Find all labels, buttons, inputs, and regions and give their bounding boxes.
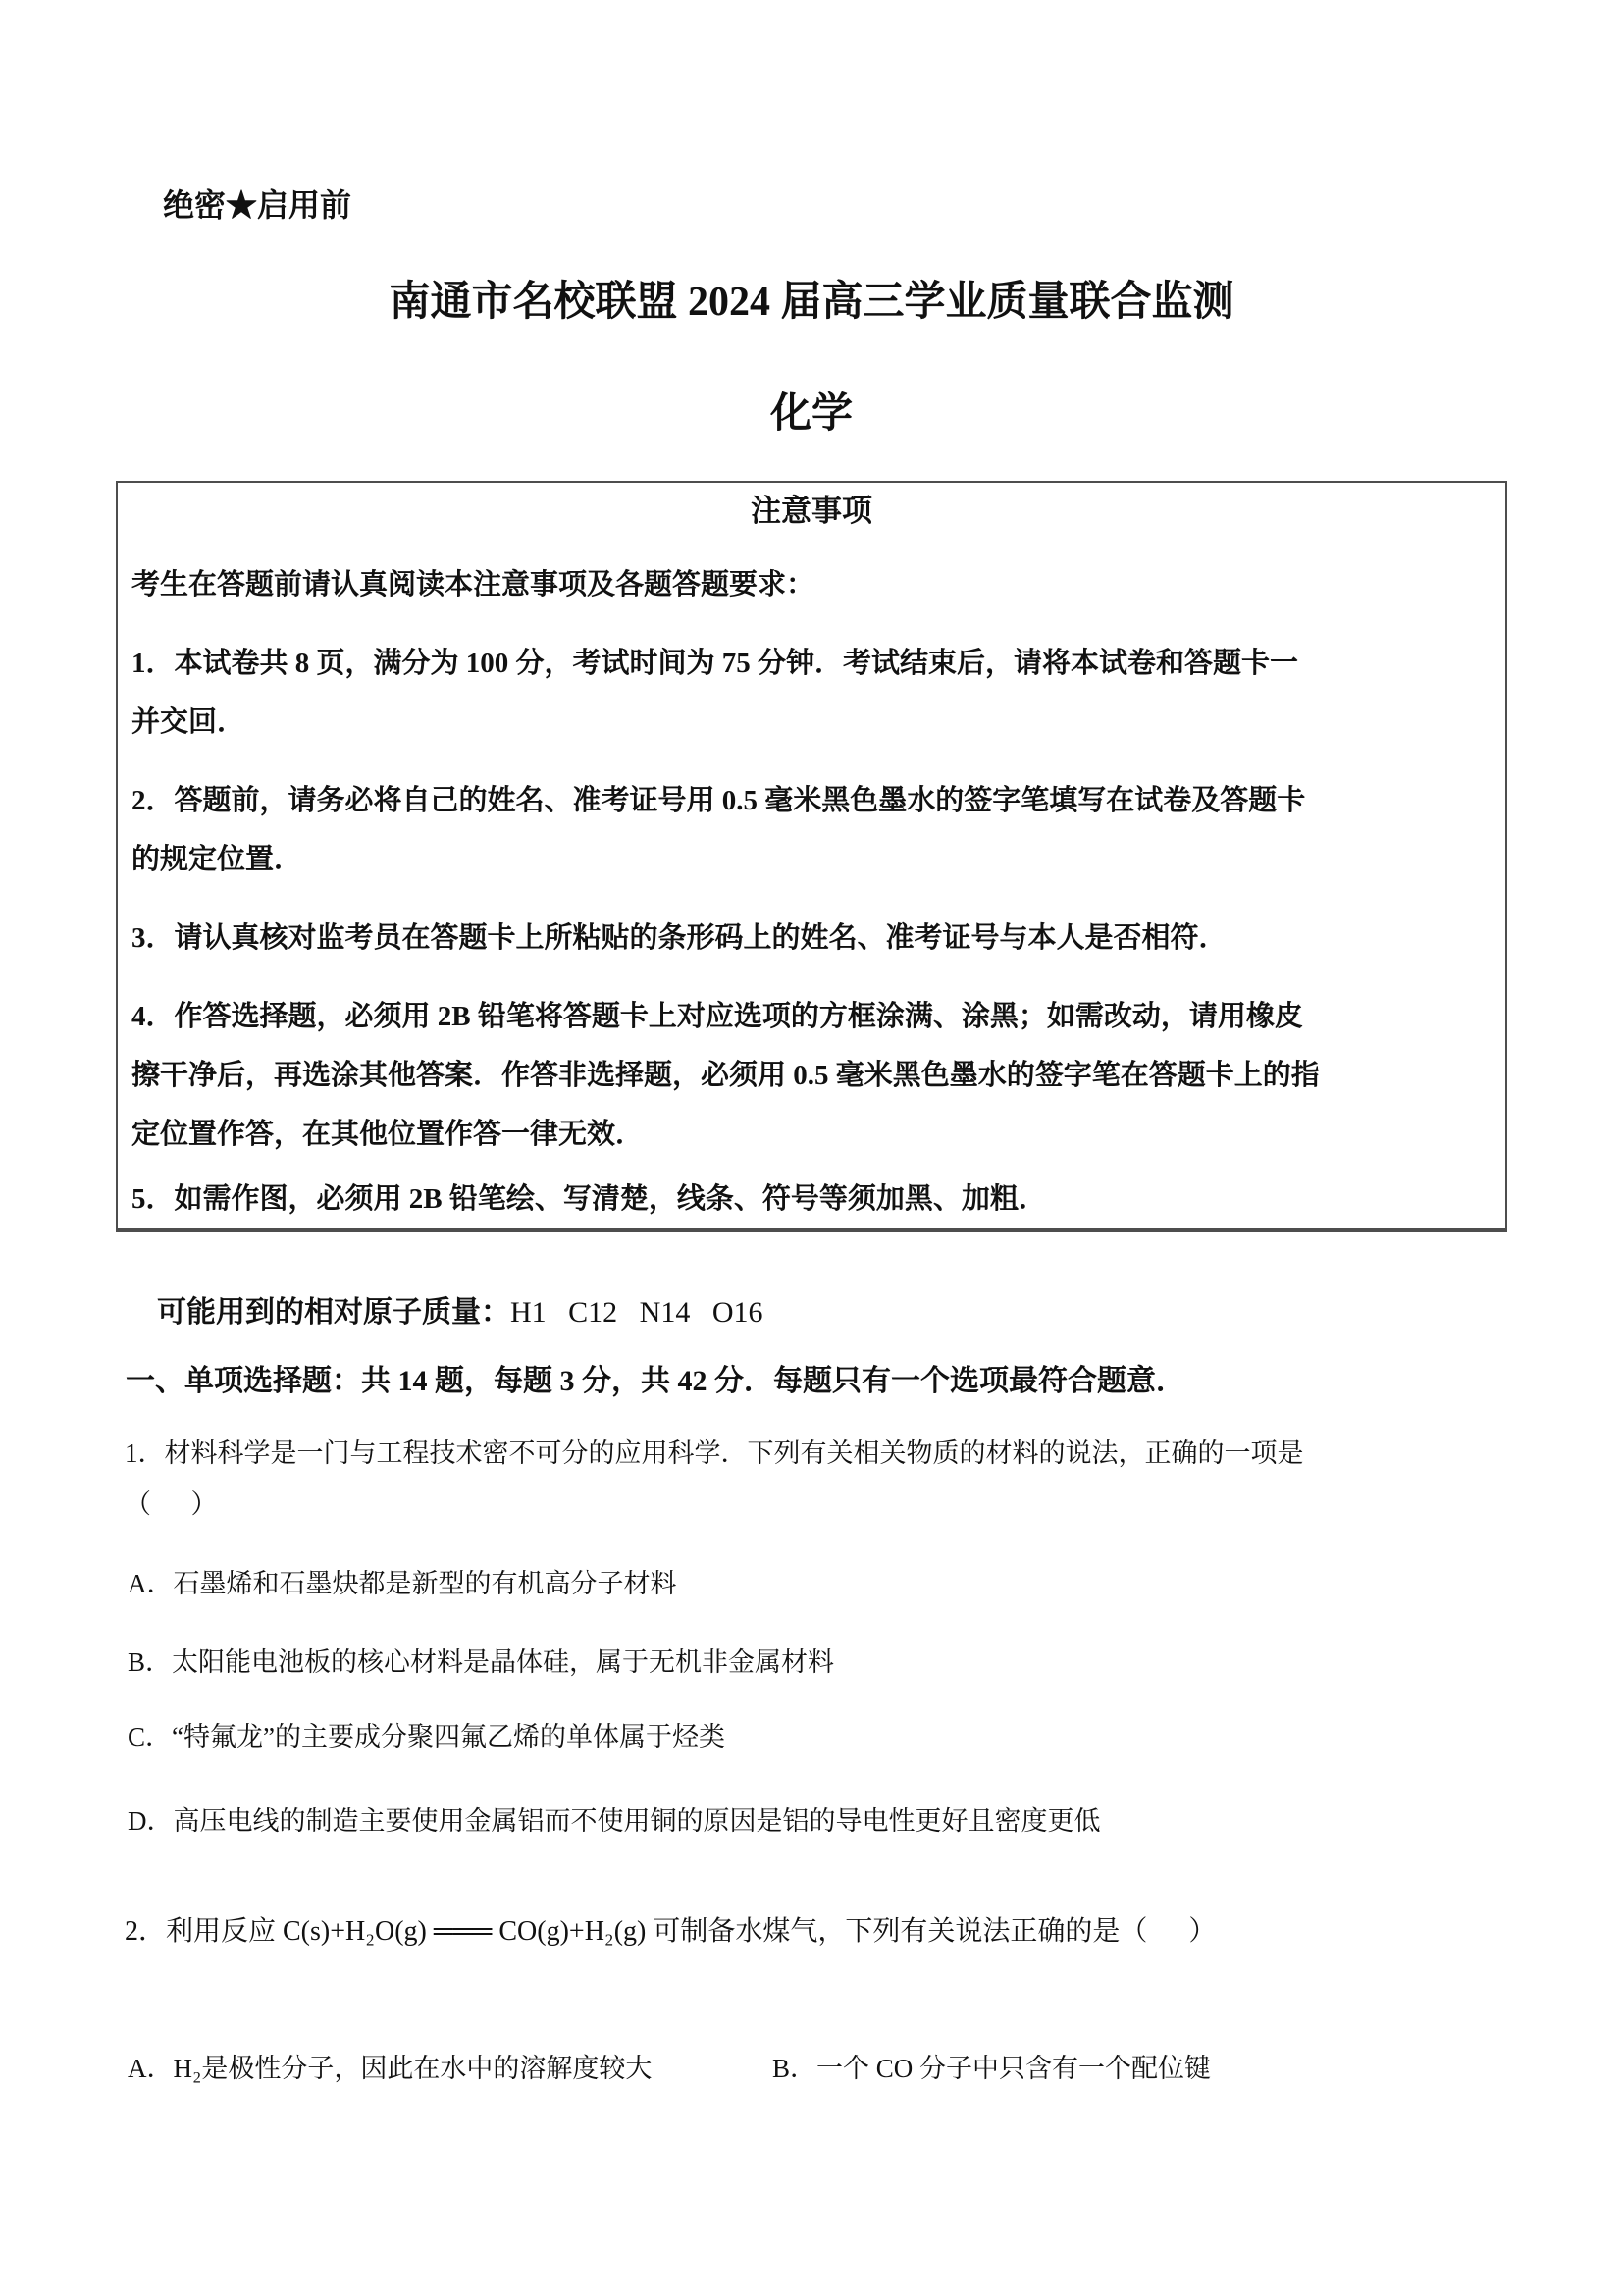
question-1-answer-blank: （ ） — [125, 1483, 218, 1521]
notice-item-3: 3．请认真核对监考员在答题卡上所粘贴的条形码上的姓名、准考证号与本人是否相符． — [131, 909, 1492, 967]
atomic-mass-label: 可能用到的相对原子质量： — [157, 1296, 510, 1329]
notice-item-4-line-1: 4．作答选择题，必须用 2B 铅笔将答题卡上对应选项的方框涂满、涂黑；如需改动，… — [131, 987, 1492, 1046]
notice-box-title: 注意事项 — [131, 493, 1492, 530]
atomic-mass-values: H1 C12 N14 O16 — [510, 1296, 763, 1329]
notice-item-2: 2．答题前，请务必将自己的姓名、准考证号用 0.5 毫米黑色墨水的签字笔填写在试… — [131, 771, 1492, 889]
notice-item-4: 4．作答选择题，必须用 2B 铅笔将答题卡上对应选项的方框涂满、涂黑；如需改动，… — [131, 987, 1492, 1164]
question-1-option-a: A．石墨烯和石墨炔都是新型的有机高分子材料 — [128, 1562, 677, 1600]
question-2-option-b: B．一个 CO 分子中只含有一个配位键 — [772, 2047, 1211, 2085]
exam-title: 南通市名校联盟 2024 届高三学业质量联合监测 — [0, 269, 1623, 328]
notice-item-5: 5．如需作图，必须用 2B 铅笔绘、写清楚，线条、符号等须加黑、加粗． — [131, 1170, 1492, 1228]
notice-item-1: 1．本试卷共 8 页，满分为 100 分，考试时间为 75 分钟．考试结束后，请… — [131, 634, 1492, 752]
notice-item-4-line-2: 擦干净后，再选涂其他答案．作答非选择题，必须用 0.5 毫米黑色墨水的签字笔在答… — [131, 1046, 1492, 1105]
notice-item-5-line-1: 5．如需作图，必须用 2B 铅笔绘、写清楚，线条、符号等须加黑、加粗． — [131, 1170, 1492, 1228]
notice-item-2-line-2: 的规定位置． — [131, 830, 1492, 889]
atomic-mass-line: 可能用到的相对原子质量：H1 C12 N14 O16 — [128, 1254, 763, 1364]
notice-item-2-line-1: 2．答题前，请务必将自己的姓名、准考证号用 0.5 毫米黑色墨水的签字笔填写在试… — [131, 771, 1492, 830]
question-1-option-b: B．太阳能电池板的核心材料是晶体硅，属于无机非金属材料 — [128, 1641, 834, 1679]
notice-item-4-line-3: 定位置作答，在其他位置作答一律无效． — [131, 1105, 1492, 1164]
notice-item-3-line-1: 3．请认真核对监考员在答题卡上所粘贴的条形码上的姓名、准考证号与本人是否相符． — [131, 909, 1492, 967]
subject-title: 化学 — [0, 381, 1623, 440]
question-2-stem: 2．利用反应 C(s)+H₂O(g) ═══ CO(g)+H₂(g) 可制备水煤… — [125, 1909, 1216, 1949]
section-heading: 一、单项选择题：共 14 题，每题 3 分，共 42 分．每题只有一个选项最符合… — [126, 1356, 1185, 1399]
question-1-stem-line-1: 1．材料科学是一门与工程技术密不可分的应用科学．下列有关相关物质的材料的说法，正… — [125, 1432, 1304, 1470]
question-2-option-a: A．H₂是极性分子，因此在水中的溶解度较大 — [128, 2047, 652, 2085]
question-1-option-d: D．高压电线的制造主要使用金属铝而不使用铜的原因是铝的导电性更好且密度更低 — [128, 1800, 1101, 1838]
question-1-option-c: C．“特氟龙”的主要成分聚四氟乙烯的单体属于烃类 — [128, 1715, 725, 1753]
notice-box: 注意事项 考生在答题前请认真阅读本注意事项及各题答题要求： 1．本试卷共 8 页… — [116, 481, 1507, 1232]
notice-intro: 考生在答题前请认真阅读本注意事项及各题答题要求： — [131, 555, 1492, 614]
notice-item-1-line-1: 1．本试卷共 8 页，满分为 100 分，考试时间为 75 分钟．考试结束后，请… — [131, 634, 1492, 693]
notice-item-1-line-2: 并交回． — [131, 693, 1492, 752]
secrecy-label: 绝密★启用前 — [163, 181, 351, 226]
exam-paper-page: 绝密★启用前 南通市名校联盟 2024 届高三学业质量联合监测 化学 注意事项 … — [0, 0, 1623, 2296]
